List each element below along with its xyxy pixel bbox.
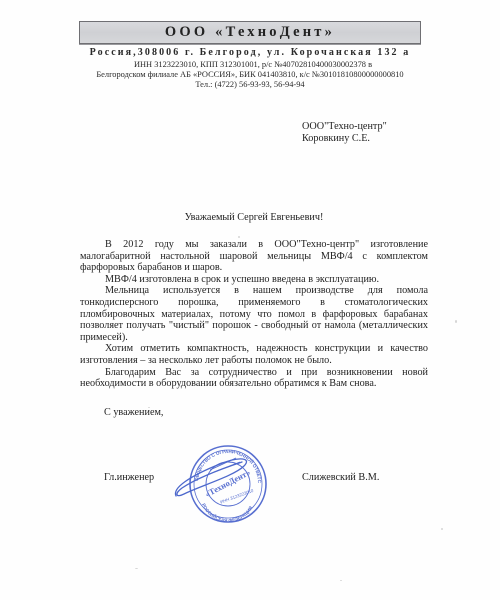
body-paragraph: Мельница используется в нашем производст… (80, 285, 428, 343)
company-bank-line: Белгородском филиале АБ «РОССИЯ», БИК 04… (0, 70, 500, 79)
scan-speck (441, 528, 443, 530)
greeting: Уважаемый Сергей Евгеньевич! (0, 212, 500, 223)
scan-speck (403, 54, 405, 56)
recipient-block: ООО"Техно-центр" Коровкину С.Е. (302, 121, 387, 144)
body-paragraph: В 2012 году мы заказали в ООО"Техно-цент… (80, 239, 428, 274)
scan-speck (148, 407, 150, 408)
letter-body: В 2012 году мы заказали в ООО"Техно-цент… (80, 239, 428, 390)
letter-page: ООО «ТехноДент» Россия,308006 г. Белгоро… (0, 0, 500, 600)
company-name: ООО «ТехноДент» (165, 24, 335, 41)
scan-speck (340, 580, 342, 581)
company-inn-line: ИНН 3123223010, КПП 312301001, р/с №4070… (0, 60, 500, 69)
body-paragraph: Благодарим Вас за сотрудничество и при в… (80, 367, 428, 390)
signatory-title: Гл.инженер (104, 472, 154, 483)
scan-speck (135, 568, 138, 569)
recipient-organization: ООО"Техно-центр" (302, 121, 387, 133)
recipient-person: Коровкину С.Е. (302, 133, 387, 145)
body-paragraph: Хотим отметить компактность, надежность … (80, 343, 428, 366)
letterhead-title-band: ООО «ТехноДент» (79, 21, 421, 44)
body-paragraph: МВФ/4 изготовлена в срок и успешно введе… (80, 274, 428, 286)
company-stamp-icon: ОБЩЕСТВО С ОГРАНИЧЕННОЙ ОТВЕТСТВЕННОСТЬЮ… (170, 436, 280, 526)
scan-speck (455, 320, 457, 323)
closing-phrase: С уважением, (104, 407, 163, 418)
scan-speck (238, 236, 240, 238)
signatory-name: Слижевский В.М. (302, 472, 379, 483)
company-phone-line: Тел.: (4722) 56-93-93, 56-94-94 (0, 80, 500, 89)
company-address: Россия,308006 г. Белгород, ул. Корочанск… (0, 47, 500, 58)
